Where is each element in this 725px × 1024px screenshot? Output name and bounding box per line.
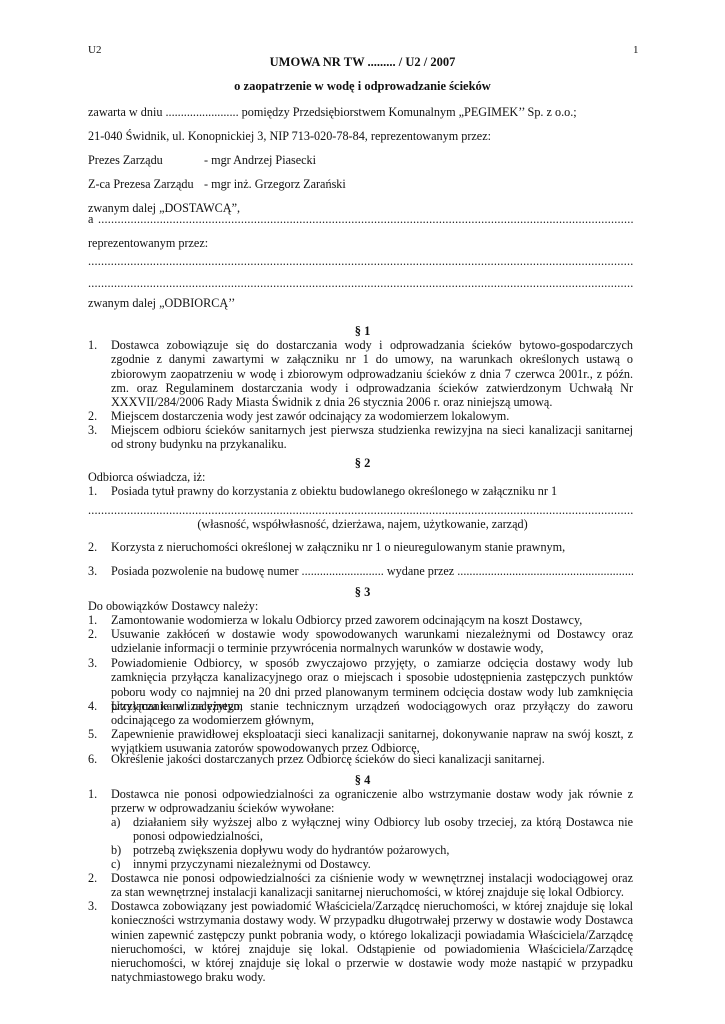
item-number: 1. [88,787,97,801]
item-text: Określenie jakości dostarczanych przez O… [111,752,633,766]
item-number: 1. [88,613,97,627]
recipient-alias: zwanym dalej „ODBIORCĄ’’ [88,296,235,311]
item-text: Korzysta z nieruchomości określonej w za… [111,540,633,554]
item-text: Miejscem dostarczenia wody jest zawór od… [111,409,633,423]
intro-line-2: 21-040 Świdnik, ul. Konopnickiej 3, NIP … [88,129,491,144]
representative-1-name: - mgr Andrzej Piasecki [204,153,316,168]
item-number: 3. [88,564,97,578]
item-text: Dostawca nie ponosi odpowiedzialności za… [111,871,633,900]
item-number: 3. [88,656,97,670]
item-text: Usuwanie zakłóceń w dostawie wody spowod… [111,627,633,656]
section-4-subitem-a: a) działaniem siły wyższej albo z wyłącz… [111,815,633,844]
item-text: Posiada tytuł prawny do korzystania z ob… [111,484,633,498]
section-2-item-1: 1. Posiada tytuł prawny do korzystania z… [88,484,633,498]
item-text: Dostawca zobowiązany jest powiadomić Wła… [111,899,633,985]
item-text: Utrzymanie w należytym stanie techniczny… [111,699,633,728]
section-4-heading: § 4 [0,773,725,788]
section-3-item-6: 6. Określenie jakości dostarczanych prze… [88,752,633,766]
document-subtitle: o zaopatrzenie w wodę i odprowadzanie śc… [0,79,725,94]
section-1-heading: § 1 [0,324,725,339]
item-number: 4. [88,699,97,713]
representative-blank-1: ........................................… [88,254,633,269]
item-text: Zamontowanie wodomierza w lokalu Odbiorc… [111,613,633,627]
subitem-letter: a) [111,815,120,829]
item-text: Dostawca zobowiązuje się do dostarczania… [111,338,633,409]
section-4-item-1: 1. Dostawca nie ponosi odpowiedzialności… [88,787,633,816]
section-4-subitem-b: b) potrzebą zwiększenia dopływu wody do … [111,843,633,857]
item-number: 6. [88,752,97,766]
item-number: 3. [88,899,97,913]
item-text: Posiada pozwolenie na budowę numer .....… [111,564,633,578]
item-text: Dostawca nie ponosi odpowiedzialności za… [111,787,633,816]
document-page: U2 1 UMOWA NR TW ......... / U2 / 2007 o… [0,0,725,1024]
document-title: UMOWA NR TW ......... / U2 / 2007 [0,55,725,70]
representative-blank-2: ........................................… [88,276,633,291]
section-4-subitem-c: c) innymi przyczynami niezależnymi od Do… [111,857,633,871]
legal-title-blank: ........................................… [88,503,633,518]
representative-2-name: - mgr inż. Grzegorz Zarański [204,177,346,192]
section-3-heading: § 3 [0,585,725,600]
section-3-lead: Do obowiązków Dostawcy należy: [88,599,258,614]
item-number: 2. [88,871,97,885]
party-prefix: a [88,212,93,227]
section-3-item-4: 4. Utrzymanie w należytym stanie technic… [88,699,633,728]
section-3-item-1: 1. Zamontowanie wodomierza w lokalu Odbi… [88,613,633,627]
item-number: 2. [88,409,97,423]
item-number: 2. [88,627,97,641]
section-2-item-2: 2. Korzysta z nieruchomości określonej w… [88,540,633,554]
section-1-item-1: 1. Dostawca zobowiązuje się do dostarcza… [88,338,633,409]
representative-2-role: Z-ca Prezesa Zarządu [88,177,194,192]
intro-line-1: zawarta w dniu ........................ … [88,105,577,120]
section-4-item-3: 3. Dostawca zobowiązany jest powiadomić … [88,899,633,985]
section-3-item-2: 2. Usuwanie zakłóceń w dostawie wody spo… [88,627,633,656]
subitem-letter: b) [111,843,121,857]
subitem-letter: c) [111,857,120,871]
item-number: 1. [88,484,97,498]
representative-1-role: Prezes Zarządu [88,153,163,168]
represented-by-label: reprezentowanym przez: [88,236,208,251]
item-number: 3. [88,423,97,437]
subitem-text: działaniem siły wyższej albo z wyłącznej… [133,815,633,844]
section-2-lead: Odbiorca oświadcza, iż: [88,470,205,485]
section-1-item-3: 3. Miejscem odbioru ścieków sanitarnych … [88,423,633,452]
section-1-item-2: 2. Miejscem dostarczenia wody jest zawór… [88,409,633,423]
item-text: Miejscem odbioru ścieków sanitarnych jes… [111,423,633,452]
item-number: 5. [88,727,97,741]
legal-title-options-note: (własność, współwłasność, dzierżawa, naj… [0,517,725,532]
section-2-heading: § 2 [0,456,725,471]
section-4-item-2: 2. Dostawca nie ponosi odpowiedzialności… [88,871,633,900]
subitem-text: potrzebą zwiększenia dopływu wody do hyd… [133,843,633,857]
item-number: 2. [88,540,97,554]
item-number: 1. [88,338,97,352]
subitem-text: innymi przyczynami niezależnymi od Dosta… [133,857,633,871]
section-2-item-3: 3. Posiada pozwolenie na budowę numer ..… [88,564,633,578]
recipient-name-blank: ........................................… [98,212,633,227]
